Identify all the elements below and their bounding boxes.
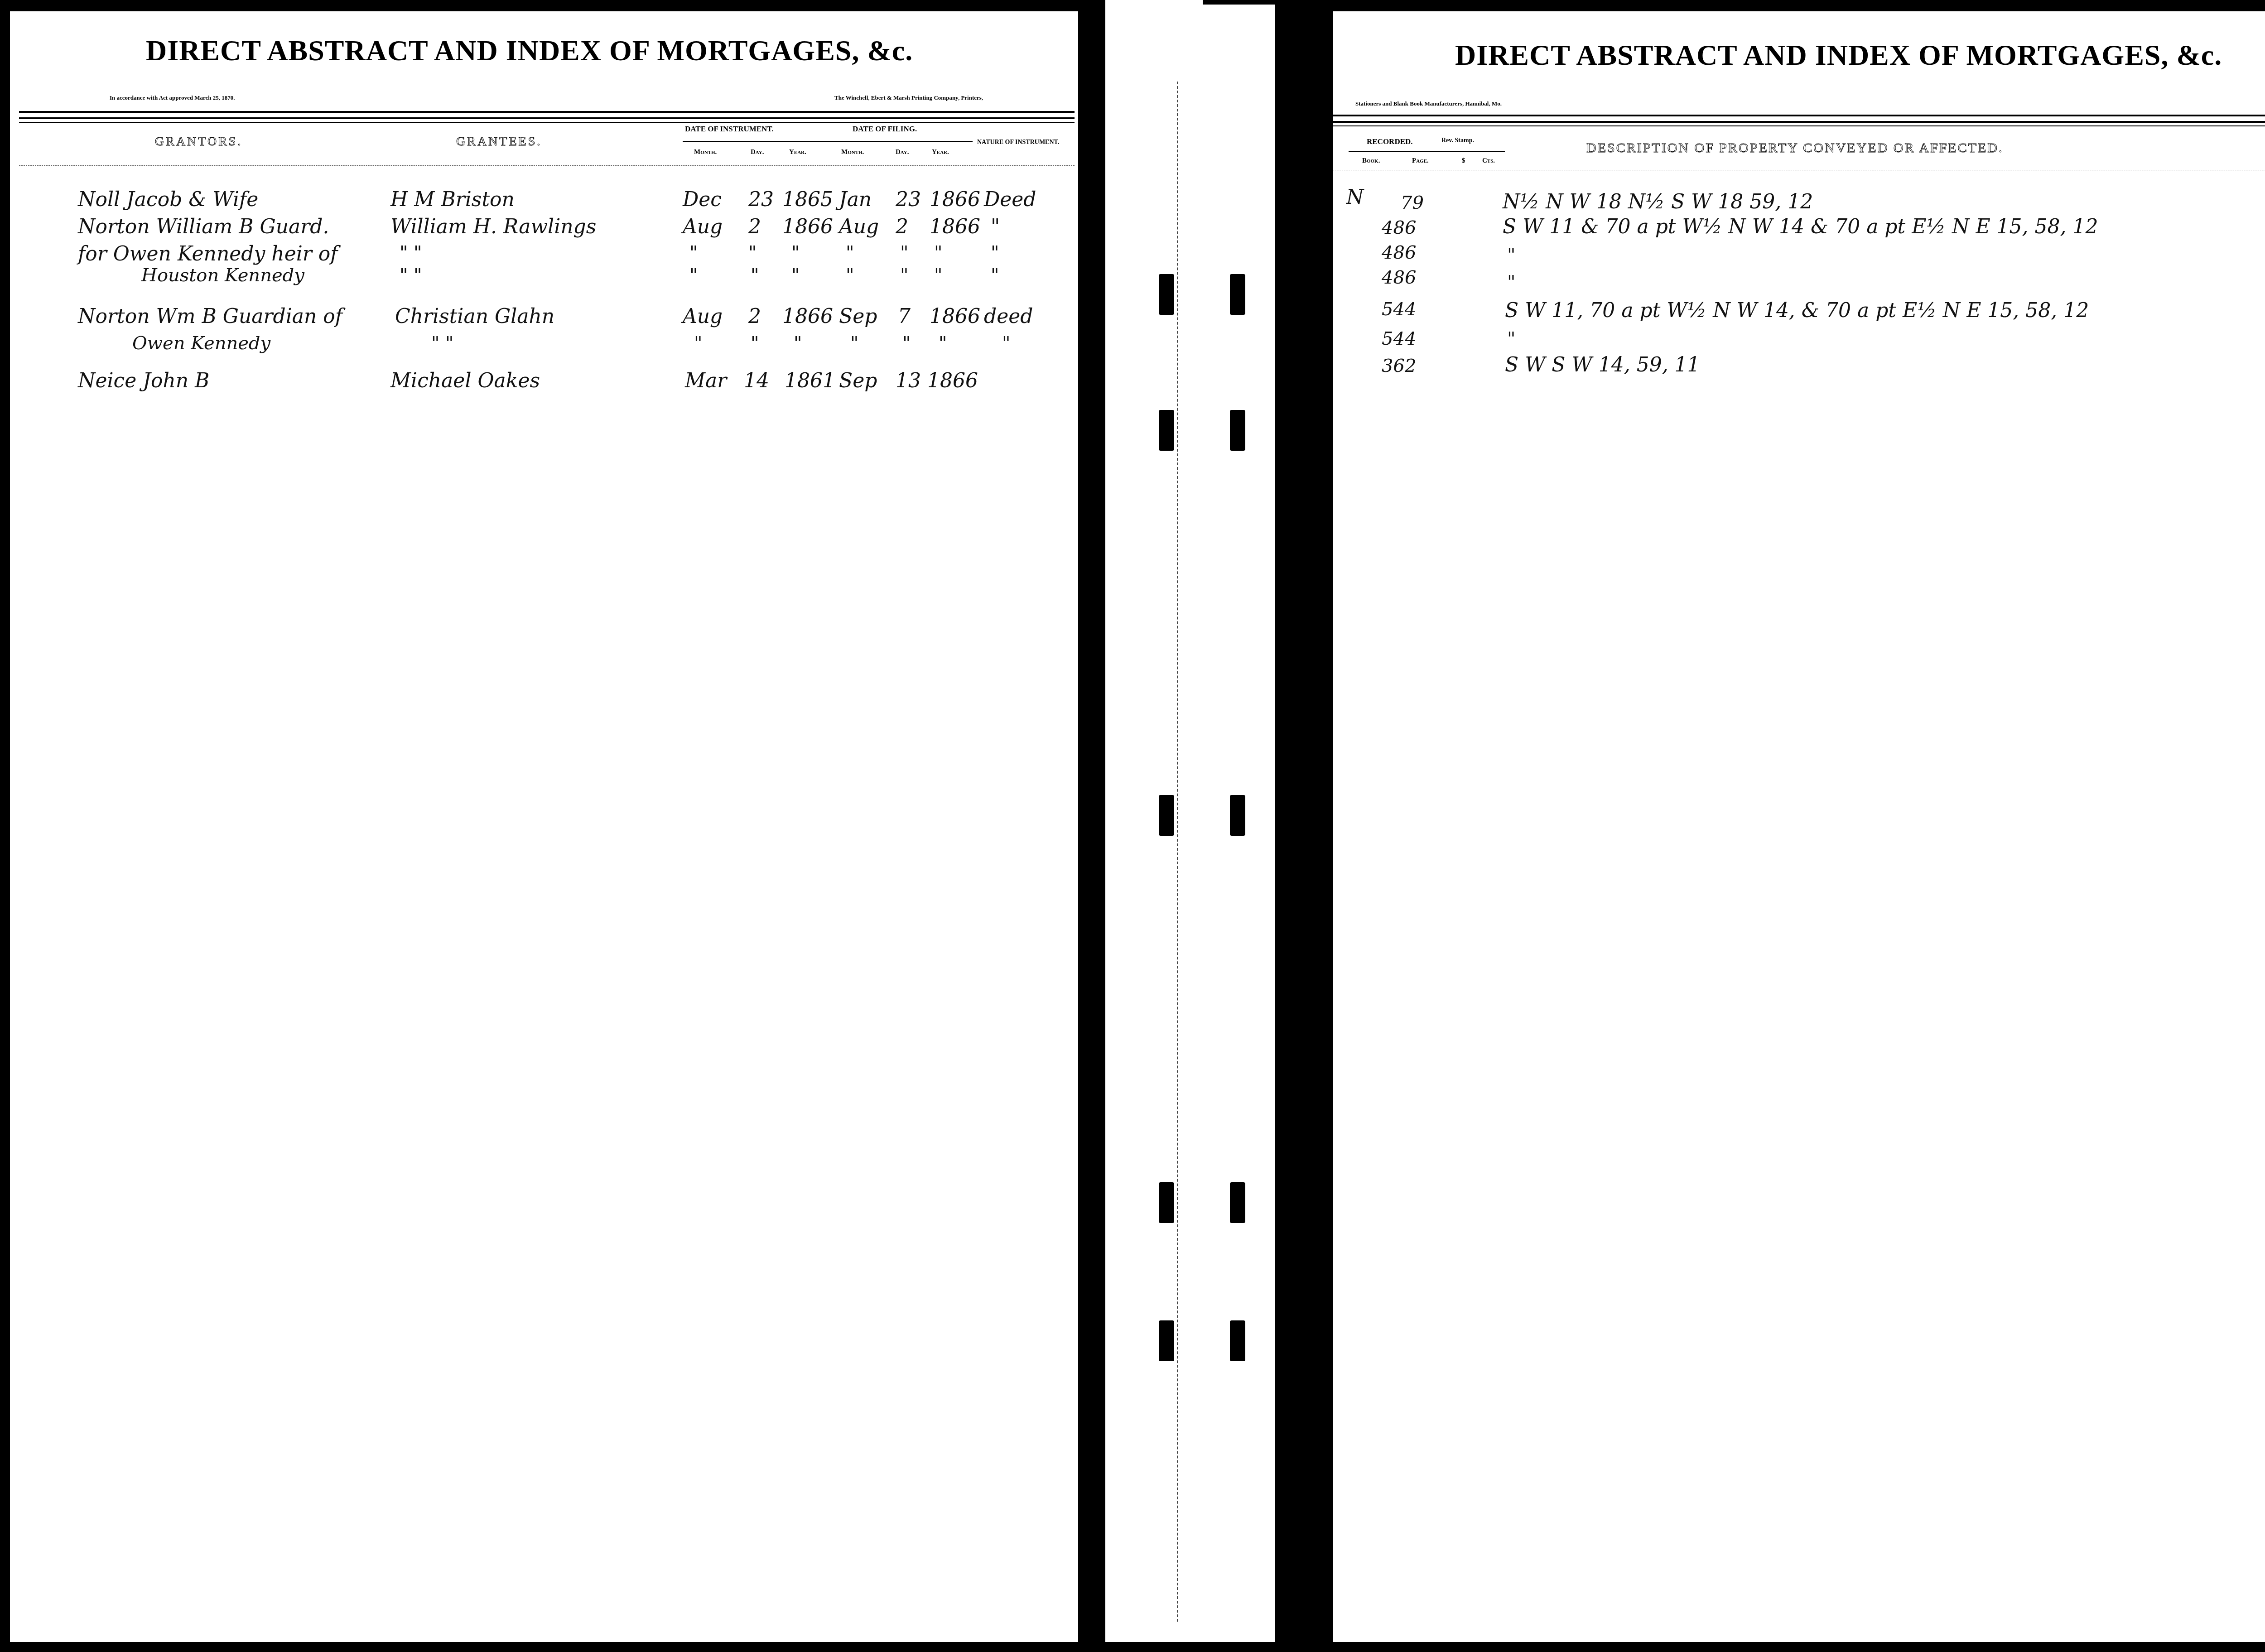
page-cell: 79 <box>1401 193 1424 213</box>
left-page-title: DIRECT ABSTRACT AND INDEX OF MORTGAGES, … <box>146 34 913 67</box>
file-month-cell: " <box>846 265 854 286</box>
file-year-cell: " <box>934 242 942 263</box>
column-header-file-day: Day. <box>896 149 909 156</box>
file-day-cell: " <box>902 333 911 354</box>
binder-hole <box>1159 795 1174 836</box>
right-ledger-page: DIRECT ABSTRACT AND INDEX OF MORTGAGES, … <box>1333 11 2265 1642</box>
binding-gutter-left <box>1105 0 1203 1652</box>
file-day-cell: " <box>900 265 908 286</box>
nature-cell: " <box>991 215 1000 238</box>
column-header-recorded: RECORDED. <box>1367 137 1413 146</box>
file-month-cell: Sep <box>839 305 877 328</box>
file-day-cell: 23 <box>896 188 921 211</box>
column-header-bottom-rule <box>1333 170 2265 170</box>
inst-day-cell: " <box>751 265 759 286</box>
nature-cell: Deed <box>984 188 1036 211</box>
inst-year-cell: 1866 <box>782 215 833 238</box>
file-year-cell: 1866 <box>930 305 980 328</box>
statute-note: In accordance with Act approved March 25… <box>110 94 235 101</box>
page-cell: 486 <box>1382 267 1416 288</box>
page-cell: 362 <box>1382 356 1416 376</box>
binder-hole <box>1230 1182 1245 1223</box>
file-day-cell: 13 <box>896 369 921 392</box>
grantee-cell: H M Briston <box>390 188 515 211</box>
description-cell: " <box>1507 245 1515 265</box>
header-rule-3 <box>19 122 1075 123</box>
grantor-cell: Norton Wm B Guardian of <box>78 305 342 328</box>
book-number-marker: N <box>1346 186 1364 209</box>
grantor-cell: Noll Jacob & Wife <box>78 188 258 211</box>
printer-note: The Winchell, Ebert & Marsh Printing Com… <box>834 94 983 101</box>
column-header-inst-month: Month. <box>694 149 717 156</box>
inst-day-cell: 2 <box>748 305 761 328</box>
inst-day-cell: " <box>748 242 757 263</box>
grantee-cell: " " <box>400 265 422 286</box>
column-header-grantors: GRANTORS. <box>155 135 242 149</box>
binder-hole <box>1230 274 1245 315</box>
file-month-cell: " <box>846 242 854 263</box>
left-ledger-page: DIRECT ABSTRACT AND INDEX OF MORTGAGES, … <box>10 11 1078 1642</box>
binder-hole <box>1159 1182 1174 1223</box>
file-month-cell: Sep <box>839 369 877 392</box>
column-header-page: Page. <box>1412 157 1429 165</box>
binder-hole <box>1159 274 1174 315</box>
grantee-cell: Christian Glahn <box>395 305 554 328</box>
file-year-cell: 1866 <box>930 215 980 238</box>
inst-month-cell: Dec <box>683 188 722 211</box>
header-rule-2 <box>1333 121 2265 123</box>
inst-month-cell: " <box>694 333 702 354</box>
binder-hole <box>1230 1320 1245 1361</box>
header-rule-1 <box>19 111 1075 113</box>
column-header-rev-stamp: Rev. Stamp. <box>1441 137 1474 144</box>
binder-hole <box>1230 795 1245 836</box>
column-header-date-of-filing: DATE OF FILING. <box>853 125 917 134</box>
grantee-cell: " " <box>400 242 422 263</box>
column-header-file-year: Year. <box>932 149 949 156</box>
description-cell: S W 11, 70 a pt W½ N W 14, & 70 a pt E½ … <box>1505 299 2089 322</box>
grantor-cell: Owen Kennedy <box>132 333 270 354</box>
inst-month-cell: Aug <box>683 305 723 328</box>
right-page-title: DIRECT ABSTRACT AND INDEX OF MORTGAGES, … <box>1455 39 2222 72</box>
file-year-cell: " <box>939 333 947 354</box>
inst-year-cell: 1866 <box>782 305 833 328</box>
inst-year-cell: " <box>794 333 802 354</box>
binder-hole <box>1159 410 1174 451</box>
column-header-inst-year: Year. <box>789 149 806 156</box>
date-header-rule <box>683 141 973 142</box>
inst-month-cell: Mar <box>685 369 727 392</box>
header-rule-2 <box>19 117 1075 119</box>
inst-year-cell: " <box>791 265 800 286</box>
file-month-cell: Aug <box>839 215 879 238</box>
column-header-bottom-rule <box>19 165 1075 166</box>
grantor-cell: Neice John B <box>78 369 209 392</box>
column-header-dollars: $ <box>1462 157 1465 165</box>
nature-cell: " <box>991 242 999 263</box>
nature-cell: deed <box>984 305 1033 328</box>
inst-month-cell: " <box>689 242 698 263</box>
description-cell: S W S W 14, 59, 11 <box>1505 353 1700 376</box>
inst-day-cell: 14 <box>744 369 769 392</box>
file-month-cell: " <box>850 333 858 354</box>
column-header-inst-day: Day. <box>751 149 764 156</box>
page-cell: 486 <box>1382 242 1416 263</box>
page-cell: 544 <box>1382 299 1416 320</box>
description-cell: " <box>1507 328 1515 349</box>
inst-day-cell: " <box>751 333 759 354</box>
grantor-cell: Norton William B Guard. <box>78 215 329 238</box>
binder-hole <box>1159 1320 1174 1361</box>
inst-day-cell: 23 <box>748 188 774 211</box>
column-header-grantees: GRANTEES. <box>456 135 542 149</box>
page-cell: 486 <box>1382 217 1416 238</box>
grantee-cell: " " <box>431 333 454 354</box>
page-cell: 544 <box>1382 328 1416 349</box>
inst-year-cell: 1861 <box>785 369 835 392</box>
header-rule-1 <box>1333 115 2265 116</box>
file-year-cell: " <box>934 265 942 286</box>
column-header-date-of-instrument: DATE OF INSTRUMENT. <box>685 125 774 134</box>
inst-month-cell: Aug <box>683 215 723 238</box>
file-day-cell: " <box>900 242 908 263</box>
scan-shadow-bottom <box>0 1642 2265 1652</box>
grantor-cell: Houston Kennedy <box>141 265 304 286</box>
column-header-description: DESCRIPTION OF PROPERTY CONVEYED OR AFFE… <box>1586 140 2004 156</box>
column-header-book: Book. <box>1362 157 1380 165</box>
header-rule-3 <box>1333 125 2265 126</box>
grantee-cell: William H. Rawlings <box>390 215 596 238</box>
inst-month-cell: " <box>689 265 698 286</box>
nature-cell: " <box>991 265 999 286</box>
column-header-cents: Cts. <box>1482 157 1495 165</box>
spine-crease <box>1177 82 1181 1622</box>
binder-hole <box>1230 410 1245 451</box>
inst-day-cell: 2 <box>748 215 761 238</box>
description-cell: S W 11 & 70 a pt W½ N W 14 & 70 a pt E½ … <box>1503 215 2098 238</box>
inst-year-cell: 1865 <box>782 188 833 211</box>
file-day-cell: 2 <box>896 215 908 238</box>
file-day-cell: 7 <box>898 305 911 328</box>
file-year-cell: 1866 <box>927 369 978 392</box>
grantee-cell: Michael Oakes <box>390 369 540 392</box>
column-header-file-month: Month. <box>841 149 864 156</box>
inst-year-cell: " <box>791 242 800 263</box>
column-header-nature-of-instrument: NATURE OF INSTRUMENT. <box>977 139 1059 146</box>
grantor-cell: for Owen Kennedy heir of <box>78 242 338 265</box>
recorded-header-rule <box>1349 151 1505 152</box>
maker-note: Stationers and Blank Book Manufacturers,… <box>1355 100 1502 107</box>
description-cell: N½ N W 18 N½ S W 18 59, 12 <box>1503 190 1813 213</box>
nature-cell: " <box>1002 333 1010 354</box>
description-cell: " <box>1507 272 1515 293</box>
file-month-cell: Jan <box>839 188 872 211</box>
file-year-cell: 1866 <box>930 188 980 211</box>
